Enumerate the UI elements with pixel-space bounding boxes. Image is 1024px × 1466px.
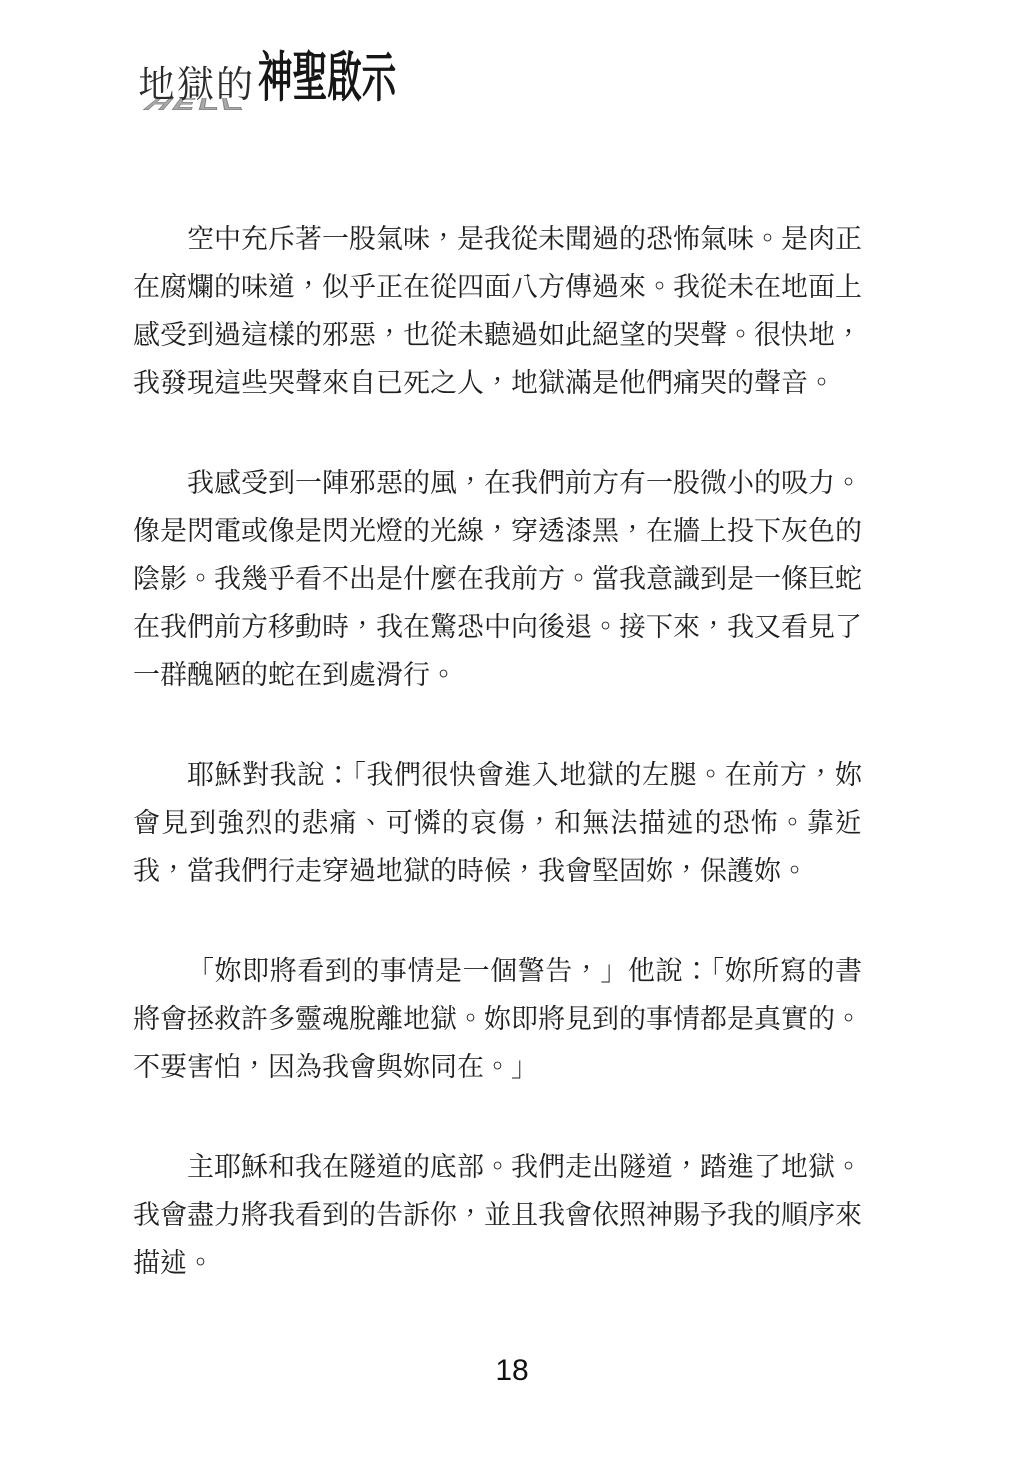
text-line: 「妳即將看到的事情是一個警告，」他說：「妳所寫的書 [133, 947, 862, 995]
text-line: 像是閃電或像是閃光燈的光線，穿透漆黑，在牆上投下灰色的 [133, 507, 862, 555]
text-line: 會見到強烈的悲痛、可憐的哀傷，和無法描述的恐怖。靠近 [133, 799, 862, 847]
text-line: 我發現這些哭聲來自已死之人，地獄滿是他們痛哭的聲音。 [133, 359, 862, 407]
text-line: 一群醜陋的蛇在到處滑行。 [133, 651, 862, 699]
logo-subtitle-text: 地獄的 [138, 54, 255, 108]
text-line: 空中充斥著一股氣味，是我從未聞過的恐怖氣味。是肉正 [133, 215, 862, 263]
text-line: 將會拯救許多靈魂脫離地獄。妳即將見到的事情都是真實的。 [133, 995, 862, 1043]
text-line: 在我們前方移動時，我在驚恐中向後退。接下來，我又看見了 [133, 603, 862, 651]
book-logo: HELL 地獄的 神聖啟示 [130, 46, 430, 116]
text-line: 在腐爛的味道，似乎正在從四面八方傳過來。我從未在地面上 [133, 263, 862, 311]
text-line: 感受到過這樣的邪惡，也從未聽過如此絕望的哭聲。很快地， [133, 311, 862, 359]
text-line: 不要害怕，因為我會與妳同在。」 [133, 1043, 862, 1091]
text-line: 耶穌對我說：「我們很快會進入地獄的左腿。在前方，妳 [133, 751, 862, 799]
paragraph: 空中充斥著一股氣味，是我從未聞過的恐怖氣味。是肉正在腐爛的味道，似乎正在從四面八… [133, 215, 862, 407]
text-line: 描述。 [133, 1239, 862, 1287]
page-number: 18 [0, 1354, 1024, 1388]
body-text: 空中充斥著一股氣味，是我從未聞過的恐怖氣味。是肉正在腐爛的味道，似乎正在從四面八… [133, 215, 862, 1287]
paragraph: 耶穌對我說：「我們很快會進入地獄的左腿。在前方，妳會見到強烈的悲痛、可憐的哀傷，… [133, 751, 862, 895]
paragraph: 「妳即將看到的事情是一個警告，」他說：「妳所寫的書將會拯救許多靈魂脫離地獄。妳即… [133, 947, 862, 1091]
text-line: 我感受到一陣邪惡的風，在我們前方有一股微小的吸力。 [133, 459, 862, 507]
text-line: 陰影。我幾乎看不出是什麼在我前方。當我意識到是一條巨蛇 [133, 555, 862, 603]
logo-title-text: 神聖啟示 [258, 48, 396, 108]
text-line: 我，當我們行走穿過地獄的時候，我會堅固妳，保護妳。 [133, 847, 862, 895]
book-page: HELL 地獄的 神聖啟示 空中充斥著一股氣味，是我從未聞過的恐怖氣味。是肉正在… [0, 0, 1024, 1466]
paragraph: 主耶穌和我在隧道的底部。我們走出隧道，踏進了地獄。我會盡力將我看到的告訴你，並且… [133, 1143, 862, 1287]
paragraph: 我感受到一陣邪惡的風，在我們前方有一股微小的吸力。像是閃電或像是閃光燈的光線，穿… [133, 459, 862, 699]
text-line: 我會盡力將我看到的告訴你，並且我會依照神賜予我的順序來 [133, 1191, 862, 1239]
text-line: 主耶穌和我在隧道的底部。我們走出隧道，踏進了地獄。 [133, 1143, 862, 1191]
